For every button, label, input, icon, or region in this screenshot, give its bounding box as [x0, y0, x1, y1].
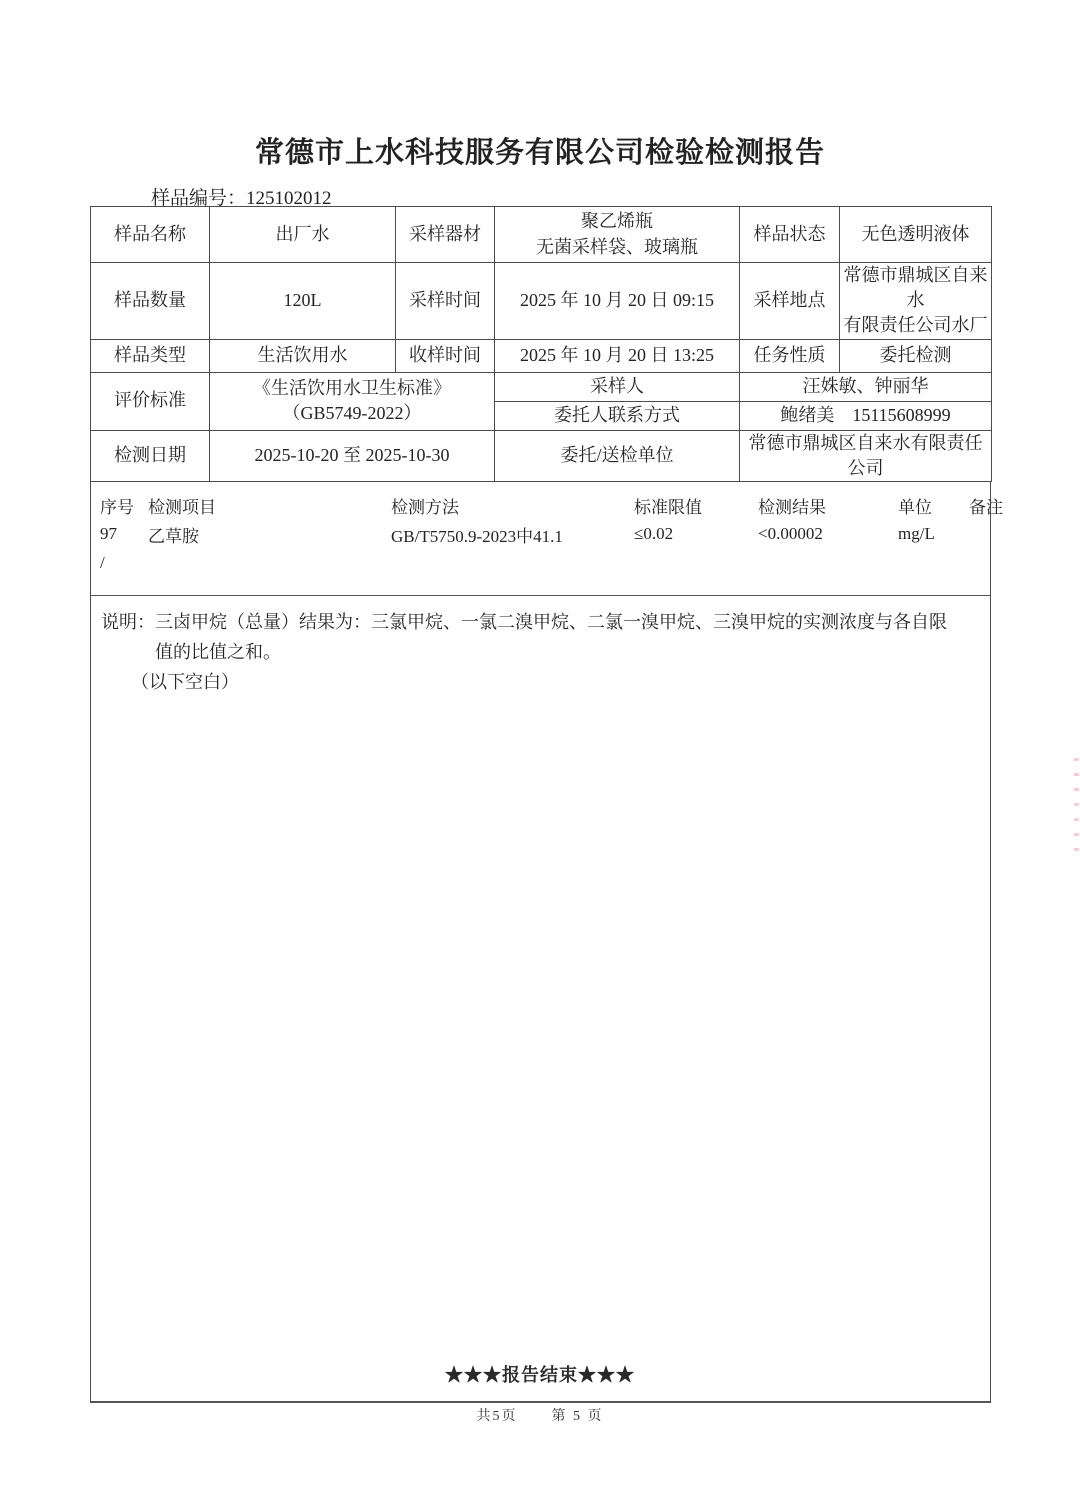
col-header-result: 检测结果	[758, 493, 898, 518]
label-sample-name: 样品名称	[91, 207, 210, 263]
page-indicator: 共5页第 5 页	[0, 1405, 1080, 1425]
col-header-no: 序号	[100, 493, 148, 518]
note-line-3: （以下空白）	[101, 667, 976, 697]
value-sample-type: 生活饮用水	[210, 339, 396, 372]
result-limit: ≤0.02	[634, 524, 758, 544]
result-no: 97	[100, 524, 148, 544]
placeholder-slash: /	[100, 553, 148, 573]
col-header-item: 检测项目	[148, 493, 391, 518]
value-sample-quantity: 120L	[210, 263, 396, 340]
value-sampling-location: 常德市鼎城区自来水 有限责任公司水厂	[840, 263, 992, 340]
result-unit: mg/L	[898, 524, 969, 544]
label-sample-state: 样品状态	[740, 207, 840, 263]
page-current: 第 5 页	[552, 1409, 604, 1424]
value-sampling-time: 2025 年 10 月 20 日 09:15	[495, 263, 740, 340]
label-client-contact: 委托人联系方式	[495, 401, 740, 430]
results-and-notes-box: 序号 检测项目 检测方法 标准限值 检测结果 单位 备注 97 乙草胺 GB/T…	[90, 482, 991, 1403]
label-receipt-time: 收样时间	[396, 339, 495, 372]
report-page: 常德市上水科技服务有限公司检验检测报告 样品编号：125102012 样品名称 …	[0, 0, 1080, 1485]
table-row: 样品数量 120L 采样时间 2025 年 10 月 20 日 09:15 采样…	[91, 263, 992, 340]
report-title: 常德市上水科技服务有限公司检验检测报告	[0, 130, 1080, 171]
table-row: 样品类型 生活饮用水 收样时间 2025 年 10 月 20 日 13:25 任…	[91, 339, 992, 372]
label-sample-type: 样品类型	[91, 339, 210, 372]
col-header-unit: 单位	[898, 493, 969, 518]
value-evaluation-standard: 《生活饮用水卫生标准》 （GB5749-2022）	[210, 372, 495, 430]
note-line-1: 说明：三卤甲烷（总量）结果为：三氯甲烷、一氯二溴甲烷、二氯一溴甲烷、三溴甲烷的实…	[101, 607, 976, 637]
label-sampling-equipment: 采样器材	[396, 207, 495, 263]
table-row: 评价标准 《生活饮用水卫生标准》 （GB5749-2022） 采样人 汪姝敏、钟…	[91, 372, 992, 401]
result-placeholder-row: /	[91, 549, 990, 578]
value-test-date: 2025-10-20 至 2025-10-30	[210, 430, 495, 481]
table-row: 样品名称 出厂水 采样器材 聚乙烯瓶 无菌采样袋、玻璃瓶 样品状态 无色透明液体	[91, 207, 992, 263]
label-sampling-time: 采样时间	[396, 263, 495, 340]
label-sampling-location: 采样地点	[740, 263, 840, 340]
label-sample-quantity: 样品数量	[91, 263, 210, 340]
pages-total: 共5页	[477, 1409, 518, 1424]
sample-info-table: 样品名称 出厂水 采样器材 聚乙烯瓶 无菌采样袋、玻璃瓶 样品状态 无色透明液体…	[90, 206, 992, 482]
label-client-unit: 委托/送检单位	[495, 430, 740, 481]
value-task-nature: 委托检测	[840, 339, 992, 372]
result-data-row: 97 乙草胺 GB/T5750.9-2023中41.1 ≤0.02 <0.000…	[91, 520, 990, 549]
report-body: 样品名称 出厂水 采样器材 聚乙烯瓶 无菌采样袋、玻璃瓶 样品状态 无色透明液体…	[90, 206, 991, 1403]
label-evaluation-standard: 评价标准	[91, 372, 210, 430]
report-end-marker: ★★★报告结束★★★	[0, 1361, 1080, 1387]
scan-edge-artifact	[1074, 758, 1079, 856]
value-sampler: 汪姝敏、钟丽华	[740, 372, 992, 401]
notes-section: 说明：三卤甲烷（总量）结果为：三氯甲烷、一氯二溴甲烷、二氯一溴甲烷、三溴甲烷的实…	[91, 596, 990, 697]
col-header-limit: 标准限值	[634, 493, 758, 518]
result-method: GB/T5750.9-2023中41.1	[391, 522, 634, 547]
label-task-nature: 任务性质	[740, 339, 840, 372]
result-item: 乙草胺	[148, 522, 391, 547]
result-value: <0.00002	[758, 524, 898, 544]
col-header-method: 检测方法	[391, 493, 634, 518]
note-line-2: 值的比值之和。	[101, 637, 976, 667]
table-row: 检测日期 2025-10-20 至 2025-10-30 委托/送检单位 常德市…	[91, 430, 992, 481]
results-header-row: 序号 检测项目 检测方法 标准限值 检测结果 单位 备注	[91, 482, 990, 520]
value-sample-name: 出厂水	[210, 207, 396, 263]
value-client-contact: 鲍绪美 15115608999	[740, 401, 992, 430]
col-header-note: 备注	[969, 493, 1003, 518]
label-test-date: 检测日期	[91, 430, 210, 481]
value-sample-state: 无色透明液体	[840, 207, 992, 263]
value-client-unit: 常德市鼎城区自来水有限责任公司	[740, 430, 992, 481]
label-sampler: 采样人	[495, 372, 740, 401]
value-receipt-time: 2025 年 10 月 20 日 13:25	[495, 339, 740, 372]
value-sampling-equipment: 聚乙烯瓶 无菌采样袋、玻璃瓶	[495, 207, 740, 263]
